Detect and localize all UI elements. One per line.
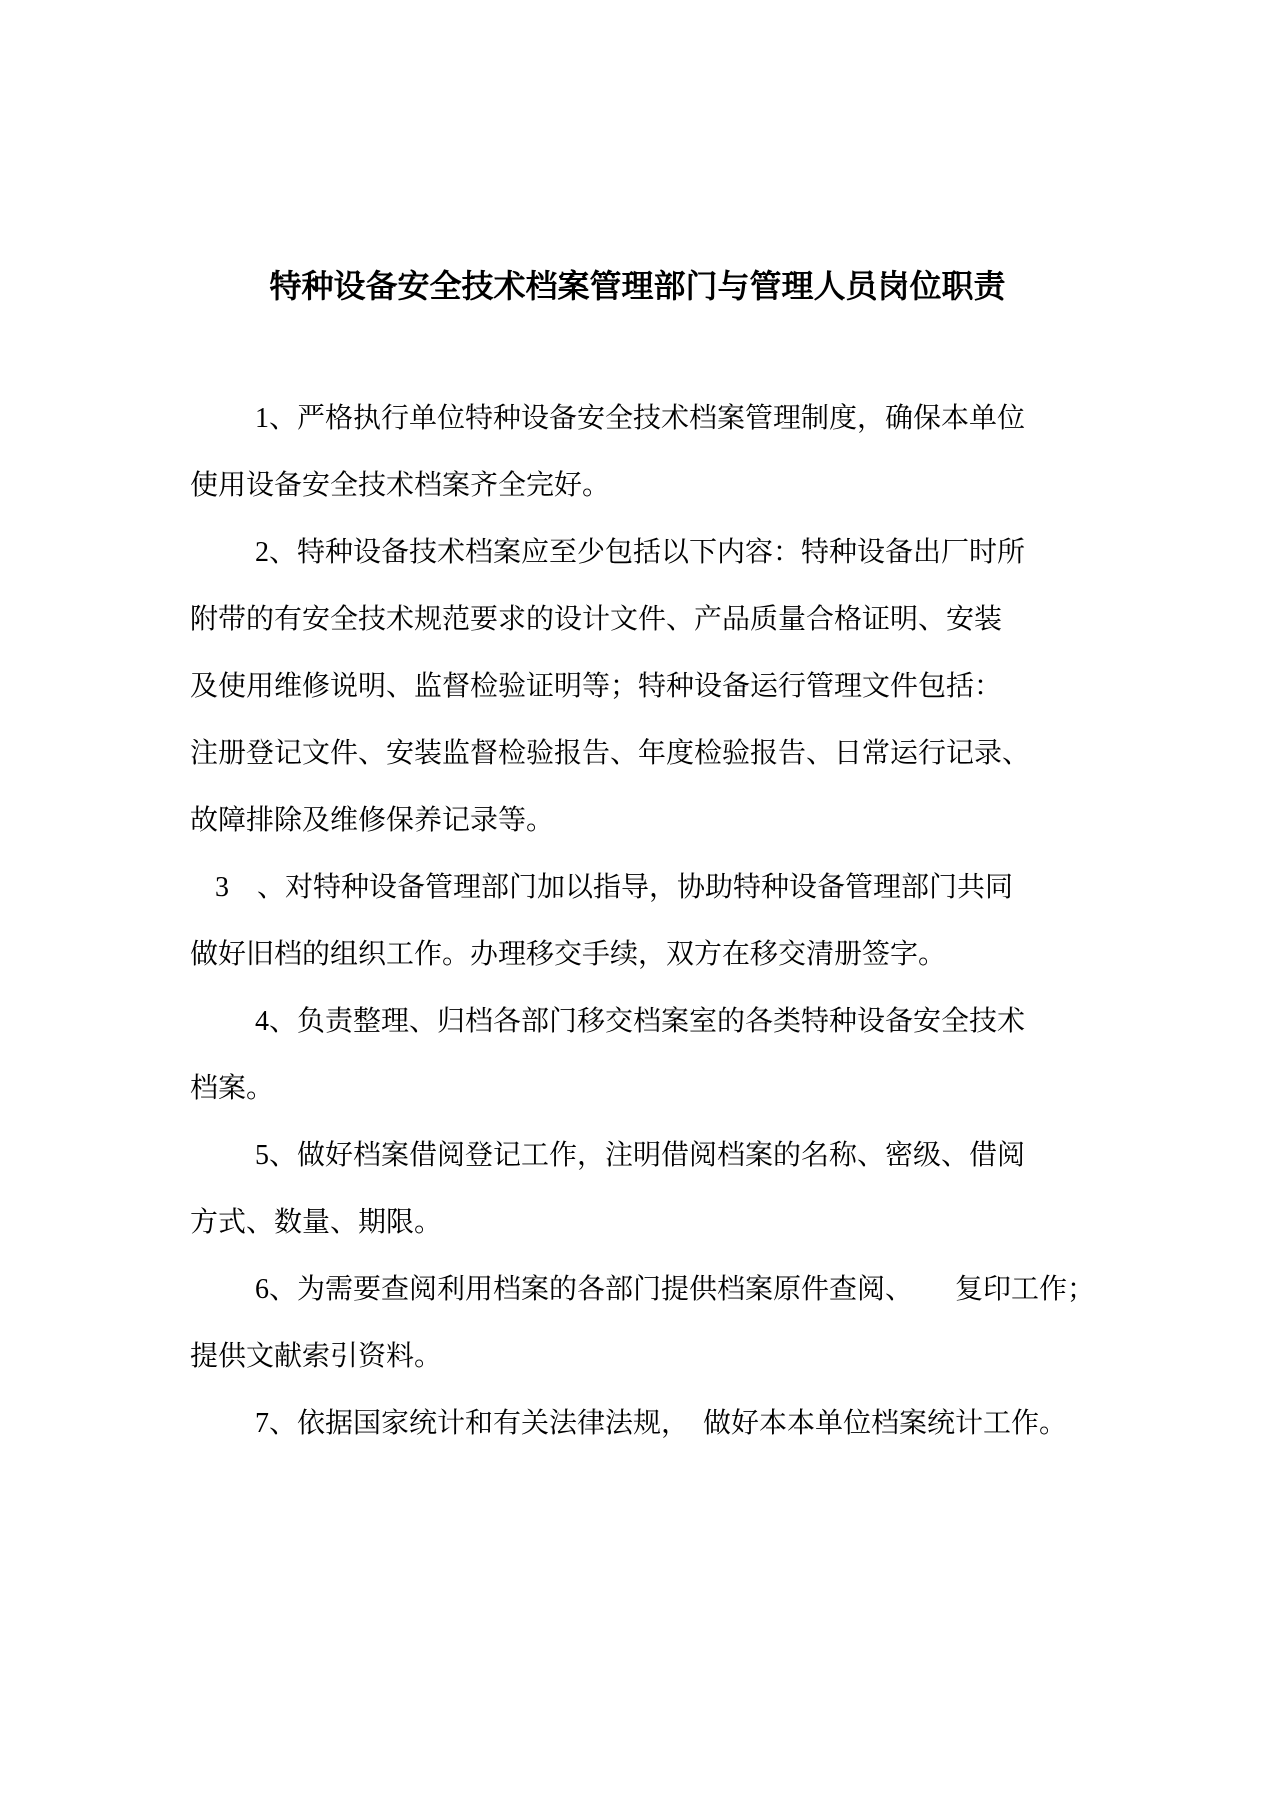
paragraph-7: 7、依据国家统计和有关法律法规， 做好本本单位档案统计工作。 [190, 1387, 1090, 1454]
document-line: 2、特种设备技术档案应至少包括以下内容：特种设备出厂时所 [190, 516, 1090, 583]
document-title: 特种设备安全技术档案管理部门与管理人员岗位职责 [0, 263, 1275, 309]
document-line: 及使用维修说明、监督检验证明等；特种设备运行管理文件包括： [190, 650, 1090, 717]
paragraph-4: 4、负责整理、归档各部门移交档案室的各类特种设备安全技术档案。 [190, 985, 1090, 1119]
document-line: 3 、对特种设备管理部门加以指导，协助特种设备管理部门共同 [190, 851, 1090, 918]
document-line: 做好旧档的组织工作。办理移交手续，双方在移交清册签字。 [190, 918, 1090, 985]
document-line: 注册登记文件、安装监督检验报告、年度检验报告、日常运行记录、 [190, 717, 1090, 784]
paragraph-2: 2、特种设备技术档案应至少包括以下内容：特种设备出厂时所附带的有安全技术规范要求… [190, 516, 1090, 851]
paragraph-6: 6、为需要查阅利用档案的各部门提供档案原件查阅、 复印工作；提供文献索引资料。 [190, 1253, 1090, 1387]
document-line: 6、为需要查阅利用档案的各部门提供档案原件查阅、 复印工作； [190, 1253, 1090, 1320]
document-line: 附带的有安全技术规范要求的设计文件、产品质量合格证明、安装 [190, 583, 1090, 650]
document-line: 使用设备安全技术档案齐全完好。 [190, 449, 1090, 516]
document-line: 档案。 [190, 1052, 1090, 1119]
paragraph-5: 5、做好档案借阅登记工作，注明借阅档案的名称、密级、借阅方式、数量、期限。 [190, 1119, 1090, 1253]
document-line: 方式、数量、期限。 [190, 1186, 1090, 1253]
document-line: 1、严格执行单位特种设备安全技术档案管理制度，确保本单位 [190, 382, 1090, 449]
document-page: 特种设备安全技术档案管理部门与管理人员岗位职责 1、严格执行单位特种设备安全技术… [0, 0, 1275, 1804]
document-line: 故障排除及维修保养记录等。 [190, 784, 1090, 851]
document-body: 1、严格执行单位特种设备安全技术档案管理制度，确保本单位使用设备安全技术档案齐全… [190, 382, 1090, 1454]
document-line: 7、依据国家统计和有关法律法规， 做好本本单位档案统计工作。 [190, 1387, 1090, 1454]
document-line: 5、做好档案借阅登记工作，注明借阅档案的名称、密级、借阅 [190, 1119, 1090, 1186]
paragraph-1: 1、严格执行单位特种设备安全技术档案管理制度，确保本单位使用设备安全技术档案齐全… [190, 382, 1090, 516]
document-line: 4、负责整理、归档各部门移交档案室的各类特种设备安全技术 [190, 985, 1090, 1052]
document-line: 提供文献索引资料。 [190, 1320, 1090, 1387]
paragraph-3: 3 、对特种设备管理部门加以指导，协助特种设备管理部门共同做好旧档的组织工作。办… [190, 851, 1090, 985]
